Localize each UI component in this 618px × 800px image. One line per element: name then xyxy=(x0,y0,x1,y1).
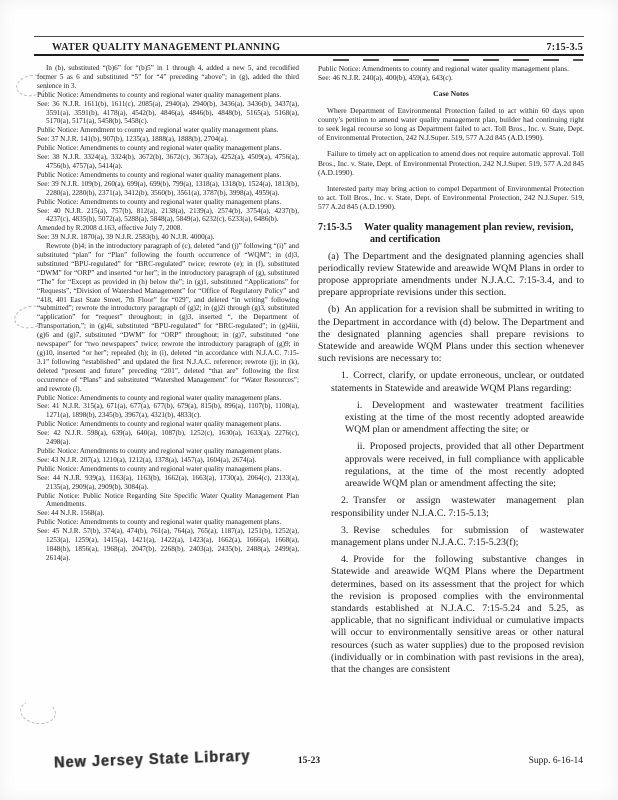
page-number: 15-23 xyxy=(269,756,349,766)
section-heading: 7:15-3.5Water quality management plan re… xyxy=(318,222,584,246)
regulation-paragraph: (a) The Department and the designated pl… xyxy=(318,251,584,300)
case-notes-heading: Case Notes xyxy=(318,89,584,98)
history-entry: Amended by R.2008 d.163, effective July … xyxy=(37,224,299,233)
history-entry: See: 42 N.J.R. 598(a), 639(a), 640(a), 1… xyxy=(37,429,299,447)
history-entry: See: 41 N.J.R. 315(a), 671(a), 677(a), 6… xyxy=(37,402,299,420)
header-title: WATER QUALITY MANAGEMENT PLANNING xyxy=(52,42,280,53)
history-entry: See: 40 N.J.R. 215(a), 757(b), 812(a), 2… xyxy=(37,207,299,225)
history-entry: Public Notice: Amendments to county and … xyxy=(37,465,299,474)
header-section-number: 7:15-3.5 xyxy=(546,42,583,53)
section-title: Water quality management plan review, re… xyxy=(364,222,573,245)
regulation-paragraph: (b) An application for a revision shall … xyxy=(318,304,584,365)
right-column: Public Notice: Amendments to county and … xyxy=(318,64,584,740)
section-number: 7:15-3.5 xyxy=(318,222,352,233)
history-entry: Public Notice: Public Notice Regarding S… xyxy=(37,492,299,510)
history-entry: See: 39 N.J.R. 109(b), 260(a), 699(a), 6… xyxy=(37,180,299,198)
history-entry: See: 36 N.J.R. 1611(b), 1611(c), 2085(a)… xyxy=(37,100,299,127)
history-entry: Public Notice: Amendments to county and … xyxy=(37,518,299,527)
history-entry: Public Notice: Amendments to county and … xyxy=(37,447,299,456)
history-entry: See: 37 N.J.R. 141(b), 907(b), 1235(a), … xyxy=(37,135,299,144)
history-entry: Public Notice: Amendment to county and r… xyxy=(37,126,299,135)
history-entry: Rewrote (b)4; in the introductory paragr… xyxy=(37,242,299,393)
regulation-paragraph: 4. Provide for the following substantive… xyxy=(331,554,584,676)
right-column-history: Public Notice: Amendments to county and … xyxy=(318,64,584,82)
case-notes: Where Department of Environmental Protec… xyxy=(318,106,584,212)
regulation-paragraph: ii. Proposed projects, provided that all… xyxy=(345,441,584,490)
history-entry: See: 44 N.J.R. 1568(a). xyxy=(37,509,299,518)
header-top-rule xyxy=(34,36,584,37)
history-entry: See: 45 N.J.R. 57(b), 374(a), 474(b), 76… xyxy=(37,527,299,563)
history-entry: Public Notice: Amendments to county and … xyxy=(37,394,299,403)
regulation-paragraph: 1. Correct, clarify, or update erroneous… xyxy=(331,370,584,394)
left-column: In (b), substituted “(b)6” for “(b)5” in… xyxy=(37,64,299,738)
history-entry: See: 43 N.J.R. 207(a), 1210(a), 1212(a),… xyxy=(37,456,299,465)
history-entry: See: 44 N.J.R. 939(a), 1163(a), 1163(b),… xyxy=(37,474,299,492)
supplement-date: Supp. 6-16-14 xyxy=(529,756,583,766)
history-entry: See: 38 N.J.R. 3324(a), 3324(b), 3672(b)… xyxy=(37,153,299,171)
history-entry: Public Notice: Amendments to county and … xyxy=(318,64,584,73)
history-entry: See: 39 N.J.R. 1870(a), 39 N.J.R. 2583(b… xyxy=(37,233,299,242)
case-note-paragraph: Interested party may bring action to com… xyxy=(318,184,584,212)
header-bottom-rule xyxy=(34,54,584,56)
header-dash-artifact xyxy=(333,59,583,61)
regulation-paragraph: 3. Revise schedules for submission of wa… xyxy=(331,525,584,549)
history-entry: Public Notice: Amendments to county and … xyxy=(37,91,299,100)
page-header: WATER QUALITY MANAGEMENT PLANNING 7:15-3… xyxy=(52,40,583,53)
regulation-body: (a) The Department and the designated pl… xyxy=(318,251,584,677)
case-note-paragraph: Failure to timely act on application to … xyxy=(318,149,584,177)
history-entry: Public Notice: Amendments to county and … xyxy=(37,171,299,180)
history-entry: Public Notice: Amendments to county and … xyxy=(37,420,299,429)
case-note-paragraph: Where Department of Environmental Protec… xyxy=(318,106,584,143)
history-entry: In (b), substituted “(b)6” for “(b)5” in… xyxy=(37,64,299,91)
history-entry: Public Notice: Amendments to county and … xyxy=(37,144,299,153)
library-stamp: New Jersey State Library xyxy=(54,748,251,772)
history-entry: Public Notice: Amendments to county and … xyxy=(37,198,299,207)
history-entry: See: 46 N.J.R. 240(a), 400(b), 459(a), 6… xyxy=(318,73,584,82)
document-page: { "header": { "title": "WATER QUALITY MA… xyxy=(0,0,618,800)
regulation-paragraph: i. Development and wastewater treatment … xyxy=(345,400,584,437)
regulation-paragraph: 2. Transfer or assign wastewater managem… xyxy=(331,495,584,519)
